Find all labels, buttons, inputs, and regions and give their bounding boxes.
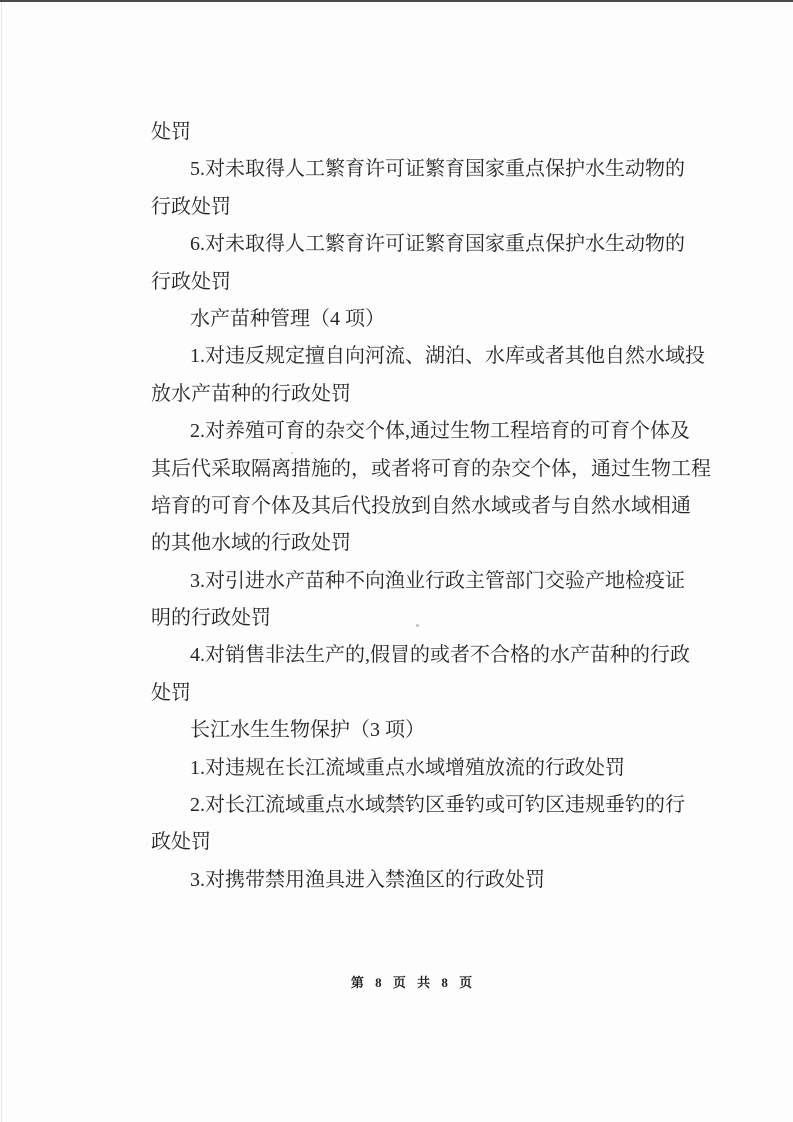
page-number-footer: 第 8 页 共 8 页 [0, 972, 793, 991]
text-line: 6.对未取得人工繁育许可证繁育国家重点保护水生动物的 [151, 226, 689, 263]
text-line: 放水产苗种的行政处罚 [151, 376, 689, 413]
scan-edge-top-artifact [0, 0, 793, 2]
text-line: 政处罚 [151, 824, 689, 861]
text-line: 长江水生生物保护（3 项） [151, 712, 689, 749]
text-line: 1.对违反规定擅自向河流、湖泊、水库或者其他自然水域投 [151, 338, 689, 375]
document-body: 处罚 5.对未取得人工繁育许可证繁育国家重点保护水生动物的 行政处罚 6.对未取… [151, 114, 689, 899]
text-line: 行政处罚 [151, 189, 689, 226]
text-line: 培育的可育个体及其后代投放到自然水域或者与自然水域相通 [151, 488, 689, 525]
text-line: 水产苗种管理（4 项） [151, 301, 689, 338]
scan-edge-left-artifact [1, 2, 2, 1122]
text-line: 3.对携带禁用渔具进入禁渔区的行政处罚 [151, 862, 689, 899]
text-line: 明的行政处罚 [151, 600, 689, 637]
scan-speck [291, 452, 293, 454]
text-line: 的其他水域的行政处罚 [151, 525, 689, 562]
text-line: 处罚 [151, 114, 689, 151]
text-line: 4.对销售非法生产的,假冒的或者不合格的水产苗种的行政 [151, 637, 689, 674]
text-line: 行政处罚 [151, 264, 689, 301]
text-line: 2.对长江流域重点水域禁钓区垂钓或可钓区违规垂钓的行 [151, 787, 689, 824]
scan-speck [416, 624, 419, 627]
text-line: 2.对养殖可育的杂交个体,通过生物工程培育的可育个体及 [151, 413, 689, 450]
text-line: 其后代采取隔离措施的，或者将可育的杂交个体，通过生物工程 [151, 451, 689, 488]
scanned-document-page: 处罚 5.对未取得人工繁育许可证繁育国家重点保护水生动物的 行政处罚 6.对未取… [0, 0, 793, 1122]
text-line: 1.对违规在长江流域重点水域增殖放流的行政处罚 [151, 750, 689, 787]
text-line: 3.对引进水产苗种不向渔业行政主管部门交验产地检疫证 [151, 563, 689, 600]
text-line: 5.对未取得人工繁育许可证繁育国家重点保护水生动物的 [151, 151, 689, 188]
text-line: 处罚 [151, 675, 689, 712]
